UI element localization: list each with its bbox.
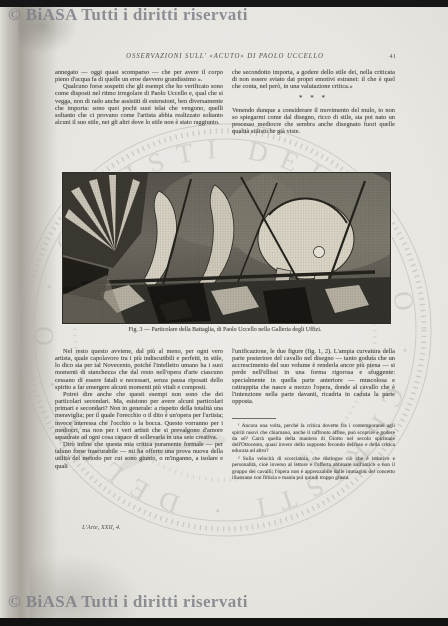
column-top-left: annegato — oggi quasi scomparso — che pe… <box>55 69 223 126</box>
footnotes: ¹ Ancora una volta, perché la critica do… <box>232 423 395 481</box>
paragraph: Nel resto questo avviene, dal più al men… <box>55 348 223 391</box>
figure-plate <box>62 172 391 324</box>
paragraph: Venendo dunque a considerare il moviment… <box>232 107 395 136</box>
footnote-rule <box>232 418 276 419</box>
scanned-journal-page: DELES · O · CHRISTI · DELES · O · CHRIST… <box>0 0 448 626</box>
copyright-watermark-top: © BiASA Tutti i diritti riservati <box>8 5 248 25</box>
section-separator: * * * <box>232 95 395 102</box>
binding-gutter-shadow <box>0 7 58 618</box>
footnote: ² Sulla velocità di scorciatoia, che dis… <box>232 456 395 481</box>
column-bottom-left: Nel resto questo avviene, dal più al men… <box>55 348 223 470</box>
journal-signature: L'Arte, XXII, 4. <box>82 524 121 531</box>
copyright-watermark-bottom: © BiASA Tutti i diritti riservati <box>8 592 248 612</box>
scan-edge-bar-bottom <box>0 618 448 626</box>
paragraph: Dirò infine che questa mia critica puram… <box>55 441 223 470</box>
column-top-right: che secondotto importa, a godere dello s… <box>232 69 395 135</box>
paragraph: annegato — oggi quasi scomparso — che pe… <box>55 69 223 83</box>
figure-caption: Fig. 3 — Particolare della Battaglia, di… <box>55 327 395 333</box>
paragraph: l'unificazione, le due figure (fig. 1, 2… <box>232 348 395 405</box>
footnote: ¹ Ancora una volta, perché la critica do… <box>232 423 395 454</box>
paragraph: che secondotto importa, a godere dello s… <box>232 69 395 90</box>
running-head-title: OSSERVAZIONI SULL' «ACUTO» DI PAOLO UCCE… <box>55 53 395 60</box>
paragraph: Qualcuno forse sospetti che gli esempi c… <box>55 83 223 126</box>
figure-image-battle-painting <box>63 173 390 323</box>
column-bottom-right: l'unificazione, le due figure (fig. 1, 2… <box>232 348 395 483</box>
page-number: 41 <box>372 53 396 60</box>
paragraph: Potrei dire anche che questi esempi non … <box>55 391 223 441</box>
